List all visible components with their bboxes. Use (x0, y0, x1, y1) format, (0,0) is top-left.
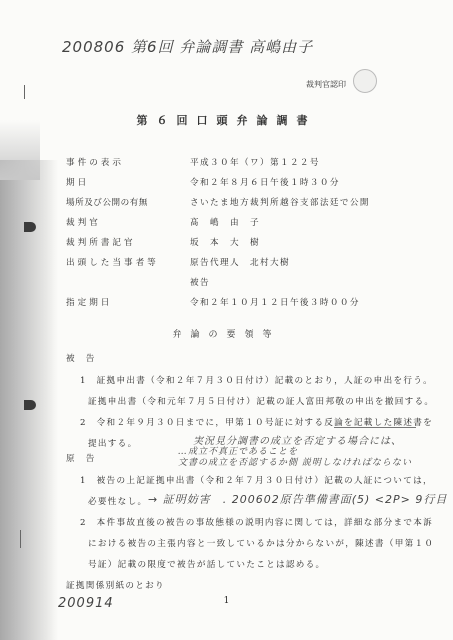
evidence-note: 証拠関係別紙のとおり (66, 579, 165, 591)
margin-mark (20, 530, 21, 548)
field-value: 原告代理人 北村大樹 (190, 256, 290, 268)
field-label: 指定期日 (66, 296, 190, 308)
section-title: 弁論の要領等 (0, 327, 453, 340)
defendant-label: 被 告 (66, 352, 96, 364)
field-judge: 裁判官髙 嶋 由 子 (66, 216, 260, 228)
field-value: 平成３０年（ワ）第１２２号 (190, 156, 320, 168)
field-date: 期日令和２年８月６日午後１時３０分 (66, 176, 340, 188)
plaintiff-item: 1 被告の上記証拠申出書（令和２年７月３０日付け）記載の人証については， (80, 474, 433, 486)
field-case-number: 事件の表示平成３０年（ワ）第１２２号 (66, 156, 320, 168)
field-attendees-defendant: 被告 (66, 276, 210, 288)
defendant-item: 証拠申出書（令和元年７月５日付け）記載の証人富田邦敬の申出を撤回する。 (88, 395, 434, 407)
scan-edge-shadow-top (0, 120, 40, 180)
field-label: 出頭した当事者等 (66, 256, 190, 268)
punch-hole (24, 222, 36, 232)
field-value: 被告 (190, 276, 210, 288)
plaintiff-label: 原 告 (66, 452, 96, 464)
field-next-date: 指定期日令和２年１０月１２日午後３時００分 (66, 296, 360, 308)
defendant-item: 提出する。 (88, 437, 137, 449)
margin-mark (24, 85, 25, 99)
plaintiff-item: 必要性なし。 (88, 495, 147, 507)
field-label: 場所及び公開の有無 (66, 196, 190, 208)
page-number: 1 (0, 596, 453, 606)
judge-approval-stamp-label: 裁判官認印 (306, 79, 346, 90)
field-value: 坂 本 大 樹 (190, 236, 260, 248)
field-value: 令和２年８月６日午後１時３０分 (190, 176, 340, 188)
field-attendees: 出頭した当事者等原告代理人 北村大樹 (66, 256, 290, 268)
field-value: さいたま地方裁判所越谷支部法廷で公開 (190, 196, 370, 208)
field-label: 事件の表示 (66, 156, 190, 168)
handwritten-header-note: 200806 第6回 弁論調書 高嶋由子 (62, 36, 313, 57)
field-value: 髙 嶋 由 子 (190, 216, 260, 228)
seal-stamp-icon (353, 69, 377, 93)
punch-hole (24, 400, 36, 410)
document-title: 第６回口頭弁論調書 (0, 112, 453, 128)
field-label: 裁判官 (66, 216, 190, 228)
handwritten-annotation: → 証明妨害 . 200602原告準備書面(5) <2P> 9行目 (148, 491, 447, 507)
field-clerk: 裁判所書記官坂 本 大 樹 (66, 236, 260, 248)
field-value: 令和２年１０月１２日午後３時００分 (190, 296, 360, 308)
handwritten-annotation: 文書の成立を否認するか側 説明しなければならない (178, 455, 412, 468)
plaintiff-item: 2 本件事故直後の被告の事故態様の説明内容に関しては，詳細な部分まで本訴 (80, 516, 433, 528)
field-label: 裁判所書記官 (66, 236, 190, 248)
field-label: 期日 (66, 176, 190, 188)
plaintiff-item: 号証）記載の限度で被告が話していたことは認める。 (88, 558, 325, 570)
underline-mark (334, 427, 416, 428)
defendant-item: 1 証拠申出書（令和２年７月３０日付け）記載のとおり，人証の申出を行う。 (80, 374, 433, 386)
plaintiff-item: における被告の主張内容と一致しているかは分からないが，陳述書（甲第１０ (88, 537, 434, 549)
field-place: 場所及び公開の有無さいたま地方裁判所越谷支部法廷で公開 (66, 196, 370, 208)
